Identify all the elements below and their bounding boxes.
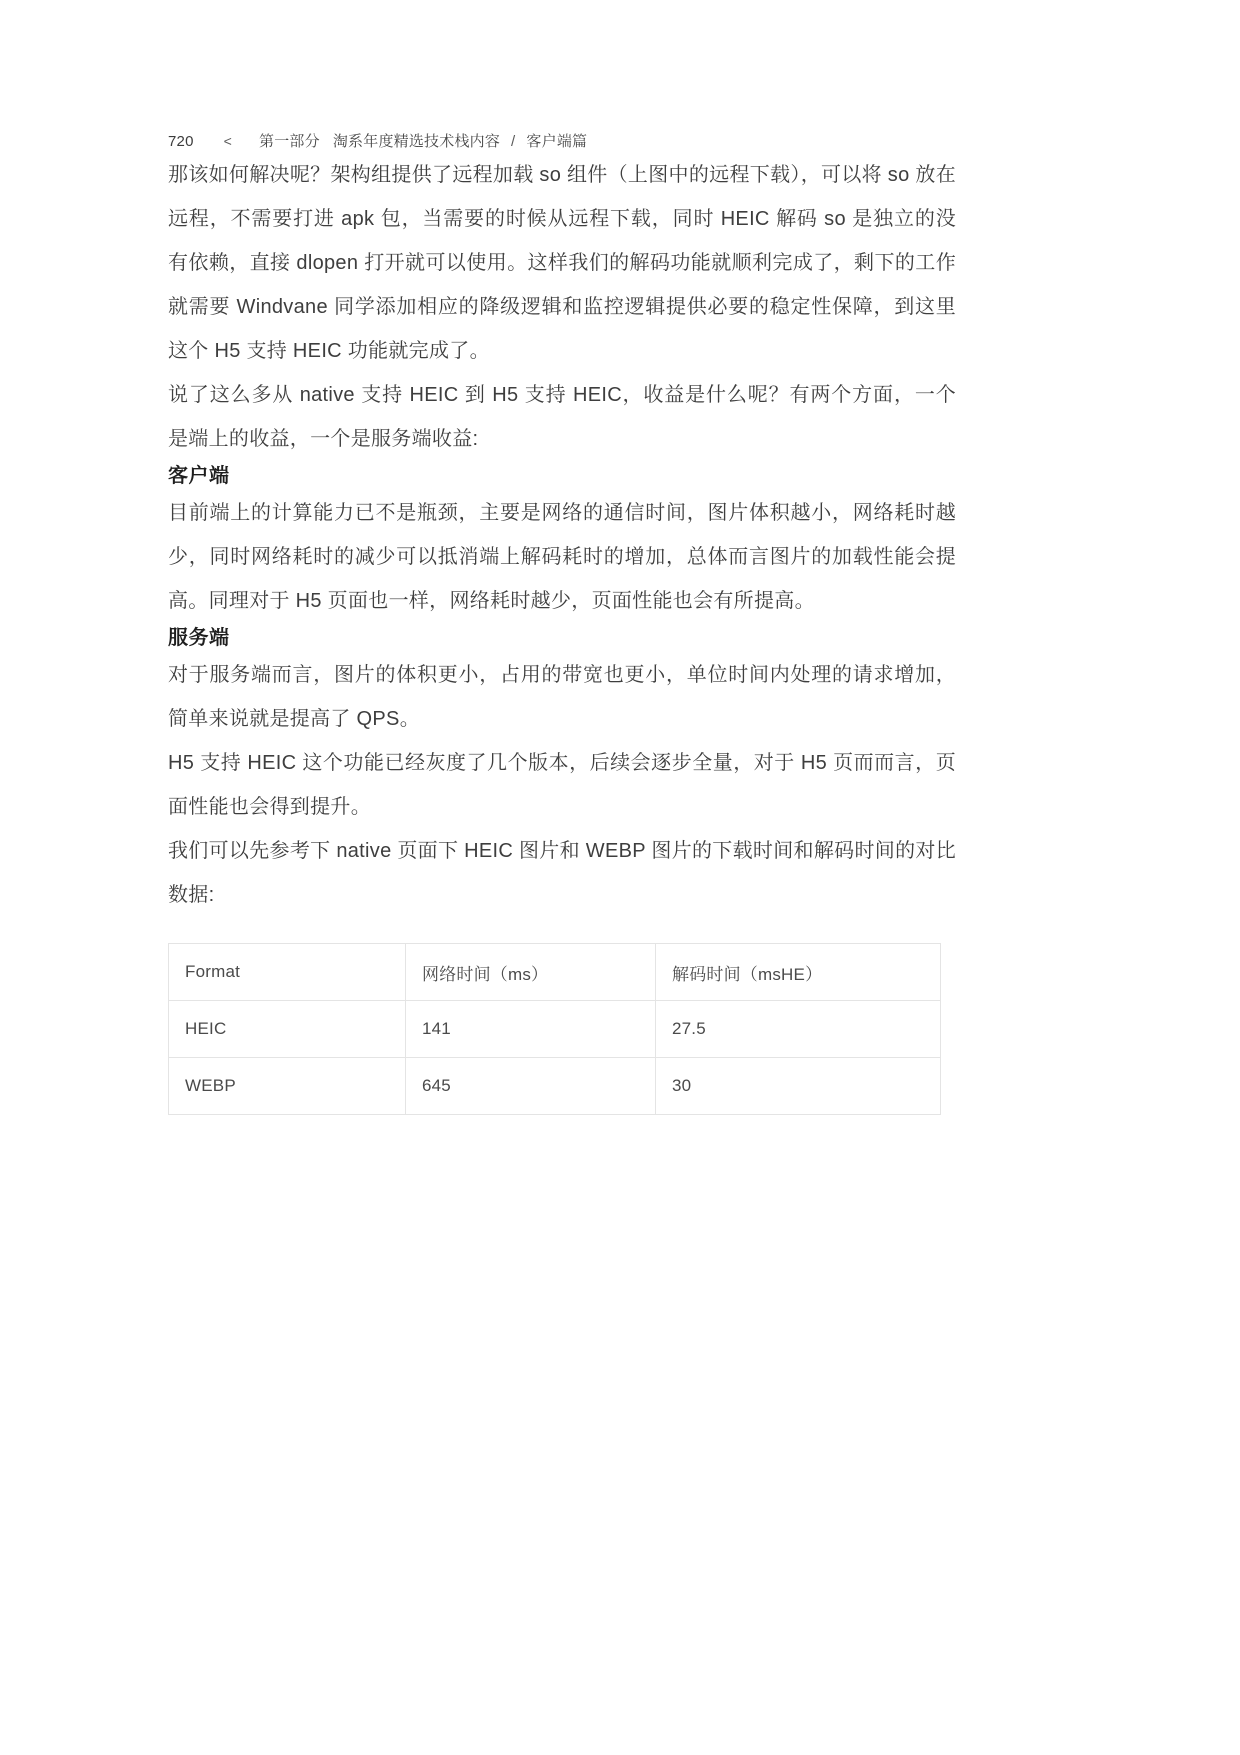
page-header-breadcrumb: 720 < 第一部分 淘系年度精选技术栈内容 / 客户端篇 [168, 130, 956, 153]
cell-format: WEBP [169, 1058, 406, 1115]
paragraph-rollout: H5 支持 HEIC 这个功能已经灰度了几个版本，后续会逐步全量，对于 H5 页… [168, 741, 956, 829]
table-row: HEIC 141 27.5 [169, 1001, 941, 1058]
cell-network-time: 141 [406, 1001, 656, 1058]
table-header-format: Format [169, 944, 406, 1001]
format-comparison-table: Format 网络时间（ms） 解码时间（msHE） HEIC 141 27.5… [168, 943, 941, 1115]
breadcrumb-part: 第一部分 [259, 131, 320, 153]
page-number: 720 [168, 131, 194, 153]
paragraph-client-benefit: 目前端上的计算能力已不是瓶颈，主要是网络的通信时间，图片体积越小，网络耗时越少，… [168, 491, 956, 623]
chevron-left-icon: < [224, 130, 232, 152]
table-header-row: Format 网络时间（ms） 解码时间（msHE） [169, 944, 941, 1001]
paragraph-benefit-intro: 说了这么多从 native 支持 HEIC 到 H5 支持 HEIC，收益是什么… [168, 373, 956, 461]
table-header-decode-time: 解码时间（msHE） [656, 944, 941, 1001]
section-heading-server: 服务端 [168, 623, 956, 653]
paragraph-solution: 那该如何解决呢？架构组提供了远程加载 so 组件（上图中的远程下载），可以将 s… [168, 153, 956, 373]
book-page: 720 < 第一部分 淘系年度精选技术栈内容 / 客户端篇 那该如何解决呢？架构… [0, 0, 1240, 1755]
breadcrumb-book-title: 淘系年度精选技术栈内容 [333, 131, 500, 153]
cell-format: HEIC [169, 1001, 406, 1058]
cell-decode-time: 27.5 [656, 1001, 941, 1058]
table-row: WEBP 645 30 [169, 1058, 941, 1115]
breadcrumb-separator: / [511, 131, 515, 153]
table-header-network-time: 网络时间（ms） [406, 944, 656, 1001]
breadcrumb-chapter: 客户端篇 [526, 131, 587, 153]
paragraph-table-intro: 我们可以先参考下 native 页面下 HEIC 图片和 WEBP 图片的下载时… [168, 829, 956, 917]
cell-decode-time: 30 [656, 1058, 941, 1115]
cell-network-time: 645 [406, 1058, 656, 1115]
page-content: 720 < 第一部分 淘系年度精选技术栈内容 / 客户端篇 那该如何解决呢？架构… [168, 0, 956, 1115]
paragraph-server-benefit: 对于服务端而言，图片的体积更小，占用的带宽也更小，单位时间内处理的请求增加，简单… [168, 653, 956, 741]
section-heading-client: 客户端 [168, 461, 956, 491]
